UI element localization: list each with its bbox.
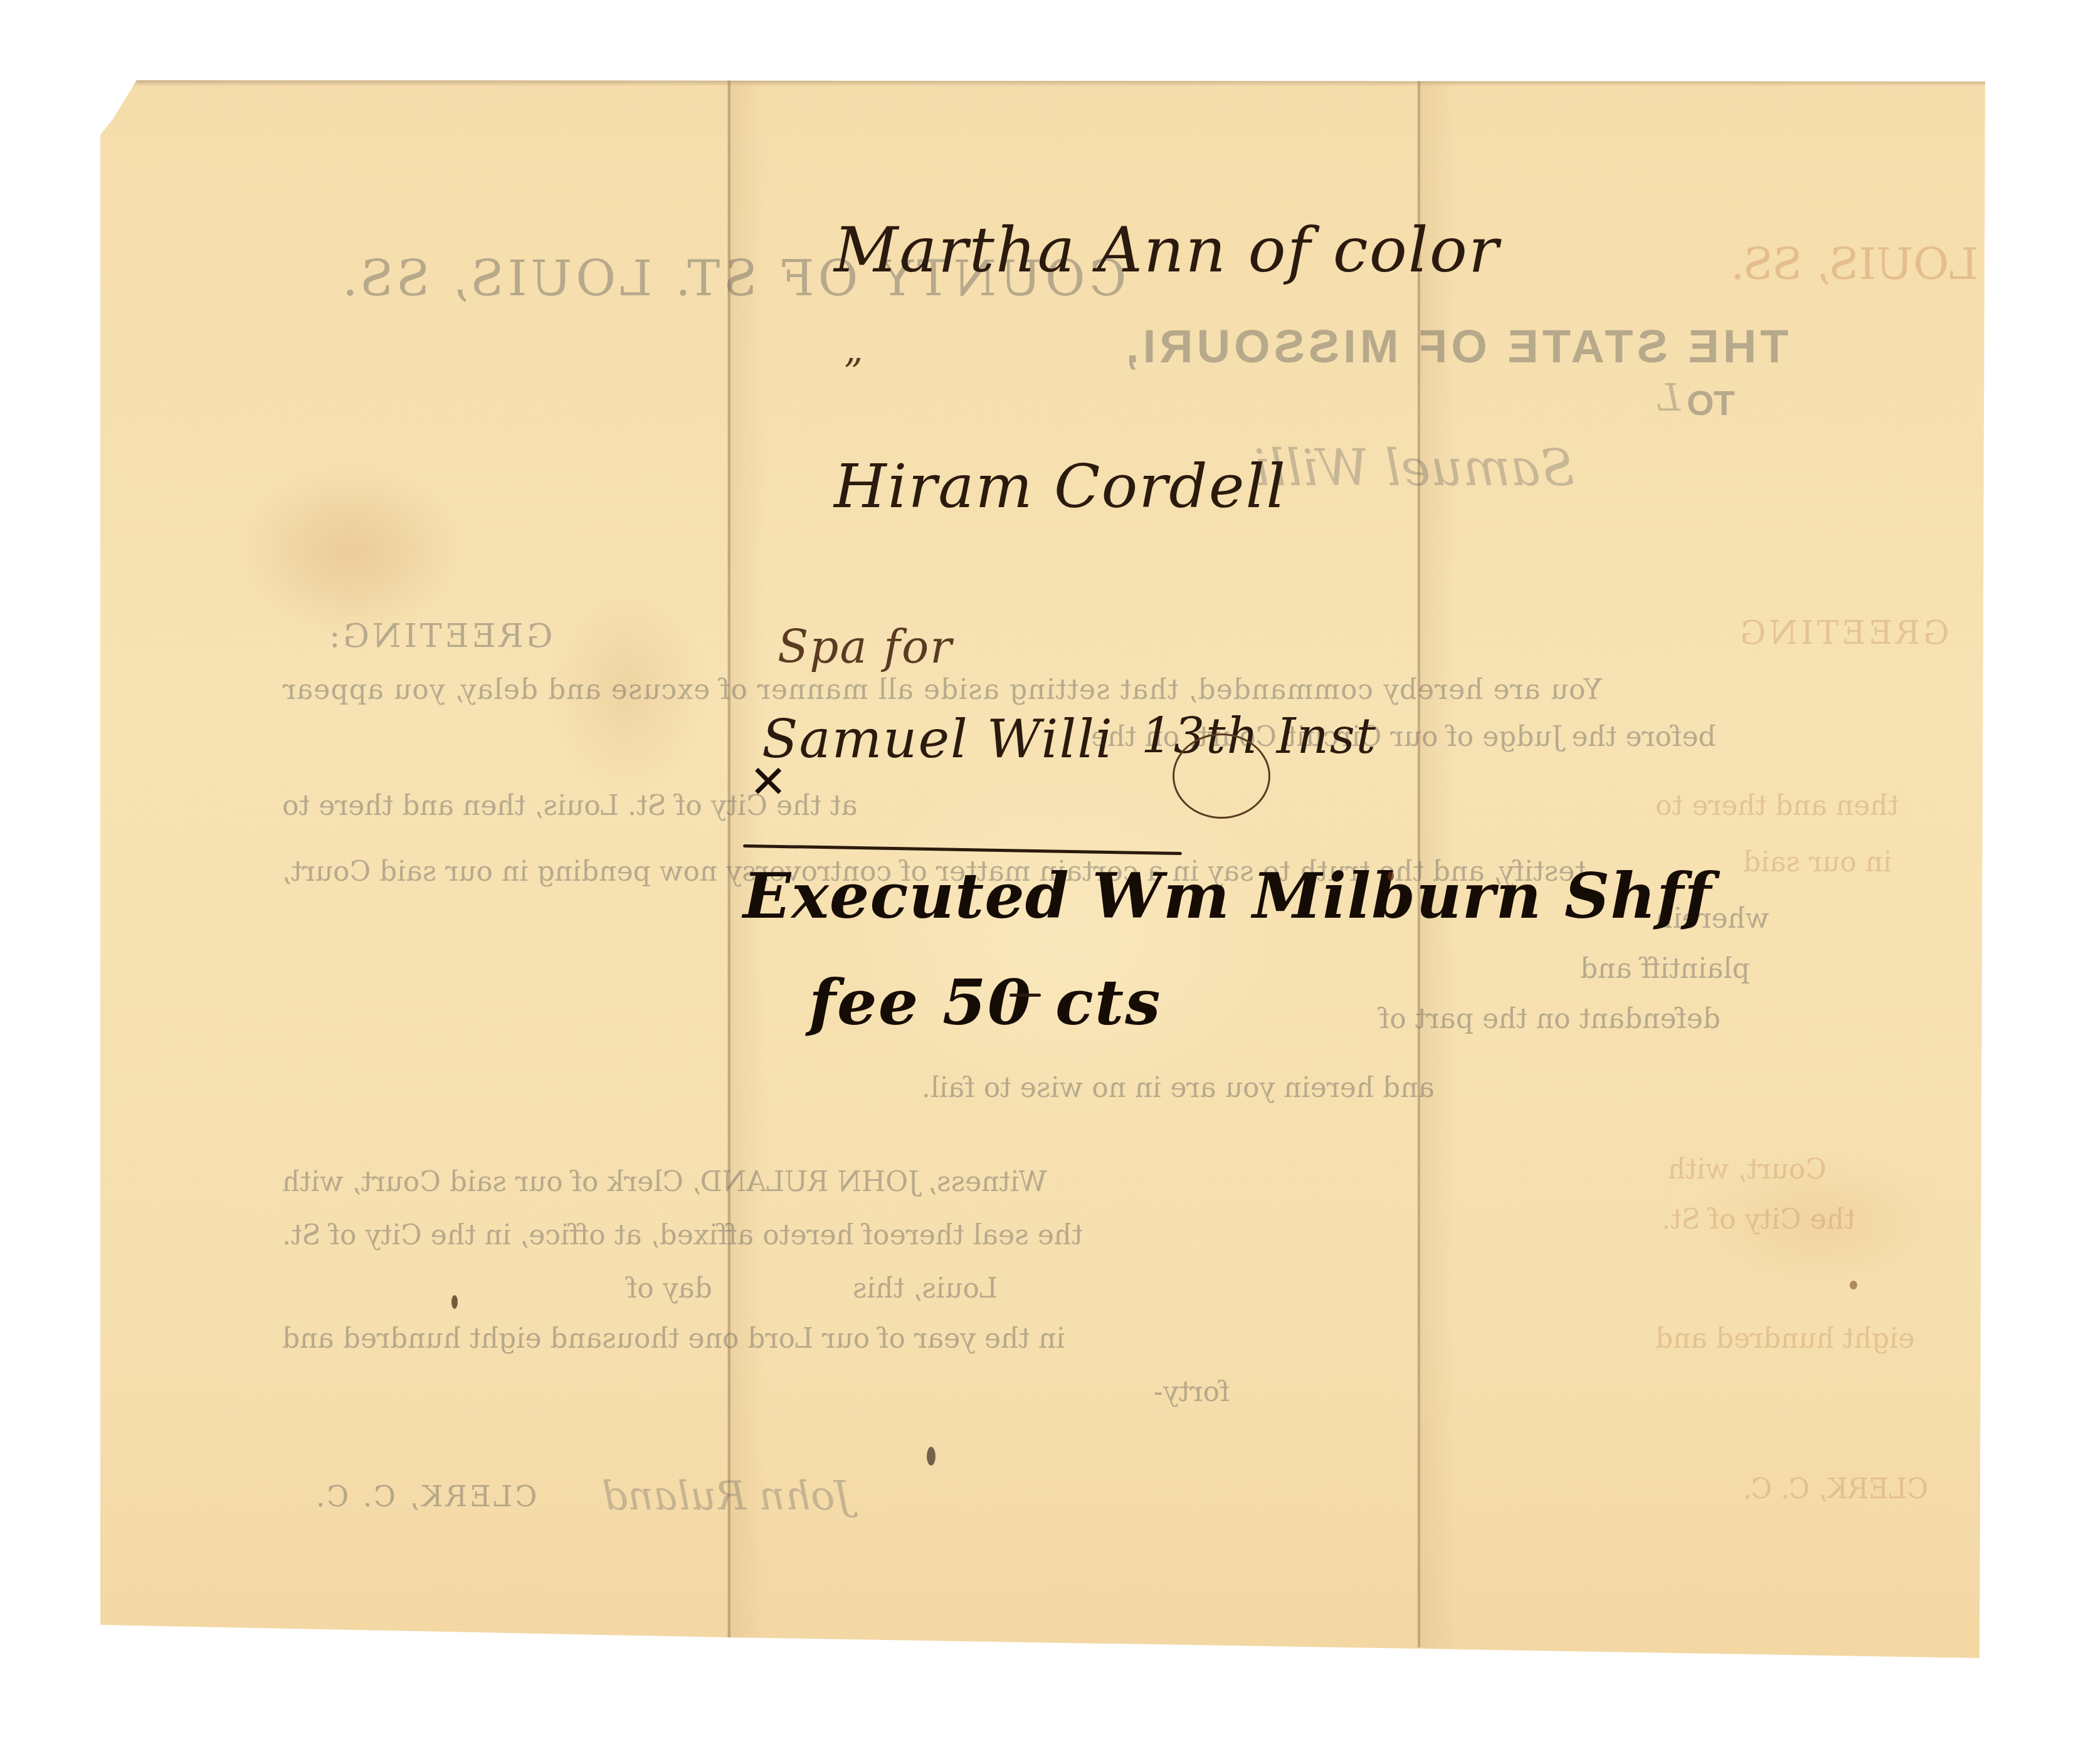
- stain-spot: [1850, 1281, 1857, 1289]
- mirrored-witness-line-1: Witness, JOHN RULAND, Clerk of our said …: [282, 1166, 1047, 1198]
- handwritten-defendant: Hiram Cordell: [834, 451, 1287, 522]
- handwritten-witness-name: Samuel Willi: [762, 708, 1114, 770]
- mirrored-right-greeting: GREETING: [1737, 614, 1949, 652]
- mirrored-to-label: TO: [1687, 382, 1735, 423]
- handwritten-circle-flourish: [1173, 733, 1270, 819]
- mirrored-clerk-title: CLERK, C. C.: [314, 1479, 537, 1513]
- mirrored-state-heading: THE STATE OF MISSOURI,: [1122, 320, 1789, 373]
- handwritten-fee-underline: [1010, 994, 1041, 997]
- handwritten-subpoena-for: Spa for: [778, 621, 953, 673]
- pencil-bleed-to-prefix: L: [1655, 376, 1680, 420]
- mirrored-right-fragment-4: the City of St.: [1662, 1204, 1855, 1236]
- mirrored-witness-line-3: Louis, this day of: [627, 1273, 998, 1305]
- handwritten-plaintiff: Martha Ann of color: [834, 213, 1500, 286]
- ink-spot: [927, 1447, 936, 1466]
- mirrored-body-line-8: and herein you are in no wise to fail.: [922, 1072, 1435, 1104]
- ink-spot: [1388, 872, 1394, 881]
- mirrored-witness-line-2: the seal thereof hereto affixed, at offi…: [282, 1219, 1083, 1251]
- document-paper: COUNTY OF ST. LOUIS, SS. THE STATE OF MI…: [0, 0, 2093, 1764]
- mirrored-right-fragment-3: Court, with: [1668, 1153, 1827, 1185]
- mirrored-clerk-signature: John Ruland: [602, 1473, 851, 1520]
- mirrored-right-fragment-2: in our said: [1743, 846, 1892, 878]
- handwritten-overline: [743, 844, 1182, 855]
- ink-spot: [451, 1295, 458, 1309]
- mirrored-body-line-7: defendant on the part of: [1379, 1003, 1721, 1035]
- pencil-bleed-to-name: Samuel Willi: [1254, 439, 1574, 497]
- mirrored-right-fragment-1: then and there to: [1655, 790, 1899, 822]
- handwritten-return-of-service: Executed Wm Milburn Shff: [743, 859, 1712, 933]
- mirrored-body-line-6: plaintiff and: [1580, 953, 1750, 985]
- mirrored-witness-line-4: in the year of our Lord one thousand eig…: [282, 1323, 1065, 1355]
- mirrored-greeting: GREETING:: [326, 617, 552, 655]
- handwritten-fee: fee 50 cts: [809, 965, 1161, 1039]
- handwritten-x-mark: ✕: [749, 755, 787, 808]
- mirrored-right-county-fragment: LOUIS, SS.: [1731, 238, 1978, 290]
- mirrored-right-fragment-5: eight hundred and: [1655, 1323, 1914, 1355]
- mirrored-witness-line-5: forty-: [1154, 1376, 1230, 1408]
- mirrored-right-fragment-6: CLERK, C. C.: [1743, 1473, 1928, 1505]
- mirrored-body-line-1: You are hereby commanded, that setting a…: [282, 674, 1602, 706]
- handwritten-ditto-mark: ”: [843, 351, 864, 395]
